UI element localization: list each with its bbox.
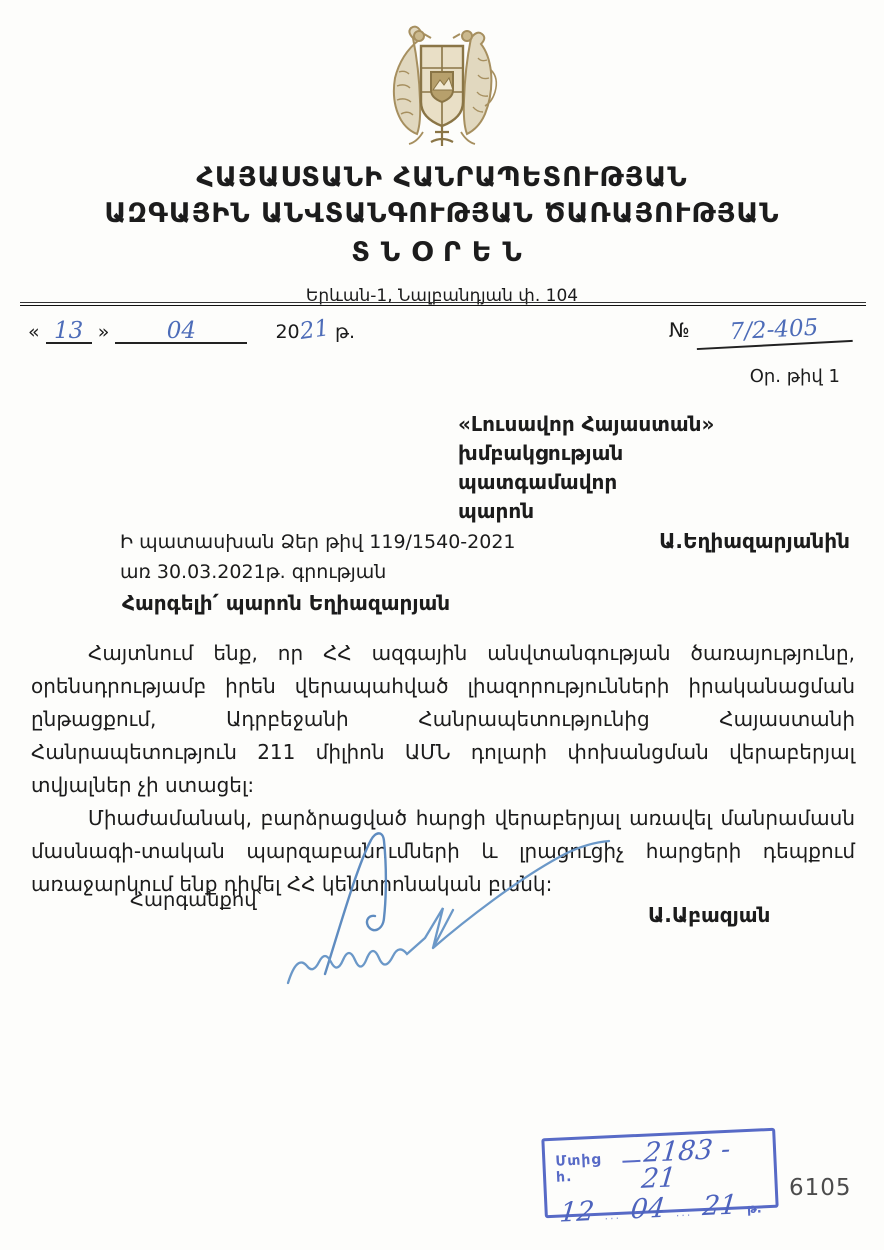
stamp-entry-label: Մտից հ. — [555, 1151, 621, 1186]
date-month-handwritten: 04 — [167, 318, 196, 344]
date-day-handwritten: 13 — [54, 318, 83, 344]
date-year-handwritten: 21 — [298, 315, 331, 345]
letterhead-divider — [20, 302, 866, 303]
stamp-month-handwritten: 04 — [630, 1196, 667, 1224]
date-close-quote: » — [98, 321, 110, 343]
recipient-line1: «Լուսավոր Հայաստան» խմբակցության — [458, 410, 850, 468]
recipient-block: «Լուսավոր Հայաստան» խմբակցության պատգամա… — [458, 410, 850, 556]
stamp-date-row: 12 ... 04 ... 21 թ. — [557, 1191, 768, 1226]
reference-line2: առ 30.03.2021թ. գրության — [120, 557, 516, 587]
recipient-line2: պատգամավոր — [458, 468, 850, 497]
org-address: Երևան-1, Նալբանդյան փ. 104 — [0, 286, 884, 306]
body-paragraph-1: Հայտնում ենք, որ ՀՀ ազգային անվտանգությա… — [31, 637, 855, 802]
number-handwritten-field: 7/2-405 — [695, 310, 852, 350]
letterhead: ՀԱՅԱՍՏԱՆԻ ՀԱՆՐԱՊԵՏՈՒԹՅԱՆ ԱԶԳԱՅԻՆ ԱՆՎՏԱՆԳ… — [0, 160, 884, 306]
copy-number-note: Օր. թիվ 1 — [750, 366, 840, 387]
coat-of-arms-of-armenia-icon — [383, 20, 501, 154]
stamp-number-row: Մտից հ. 2183 - 21 — [555, 1135, 767, 1196]
stamp-year-suffix: թ. — [747, 1201, 762, 1217]
registry-number: 6105 — [789, 1175, 852, 1201]
recipient-name: Ա.Եղիազարյանին — [458, 527, 850, 556]
reference-line1: Ի պատասխան Ձեր թիվ 119/1540-2021 — [120, 527, 516, 557]
number-label: № — [669, 318, 690, 342]
handwritten-signature — [283, 826, 623, 1000]
reference-block: Ի պատասխան Ձեր թիվ 119/1540-2021 առ 30.0… — [120, 527, 516, 587]
org-name-line2: ԱԶԳԱՅԻՆ ԱՆՎՏԱՆԳՈՒԹՅԱՆ ԾԱՌԱՅՈՒԹՅԱՆ — [0, 196, 884, 232]
org-name-line1: ՀԱՅԱՍՏԱՆԻ ՀԱՆՐԱՊԵՏՈՒԹՅԱՆ — [0, 160, 884, 196]
number-handwritten: 7/2-405 — [729, 315, 819, 346]
date-day-field: 13 — [46, 321, 92, 344]
date-open-quote: « — [28, 321, 40, 343]
stamp-number-handwritten: 2183 - 21 — [640, 1135, 768, 1193]
closing-phrase: Հարգանքով՝ — [130, 888, 261, 911]
signer-name: Ա.Աբազյան — [648, 903, 770, 927]
outgoing-number: № 7/2-405 — [669, 314, 852, 346]
stamp-day-handwritten: 12 — [559, 1199, 596, 1227]
date-year-printed: 20 — [275, 321, 299, 343]
incoming-registration-stamp: Մտից հ. 2183 - 21 12 ... 04 ... 21 թ. — [541, 1128, 778, 1219]
date-year-suffix: թ. — [335, 321, 355, 343]
stamp-dotted-line: ... — [675, 1206, 692, 1220]
stamp-year-handwritten: 21 — [701, 1192, 738, 1220]
org-title-director: ՏՆՕՐԵՆ — [0, 235, 884, 271]
scanned-letter-page: ՀԱՅԱՍՏԱՆԻ ՀԱՆՐԱՊԵՏՈՒԹՅԱՆ ԱԶԳԱՅԻՆ ԱՆՎՏԱՆԳ… — [0, 0, 884, 1250]
salutation: Հարգելի՛ պարոն Եղիազարյան — [122, 591, 450, 615]
stamp-dotted-line: ... — [604, 1209, 621, 1223]
date-month-field: 04 — [115, 321, 247, 344]
date-line: « 13 » 04 2021 թ. — [28, 318, 355, 344]
recipient-line3: պարոն — [458, 497, 850, 526]
stamp-rule-line — [622, 1146, 641, 1163]
